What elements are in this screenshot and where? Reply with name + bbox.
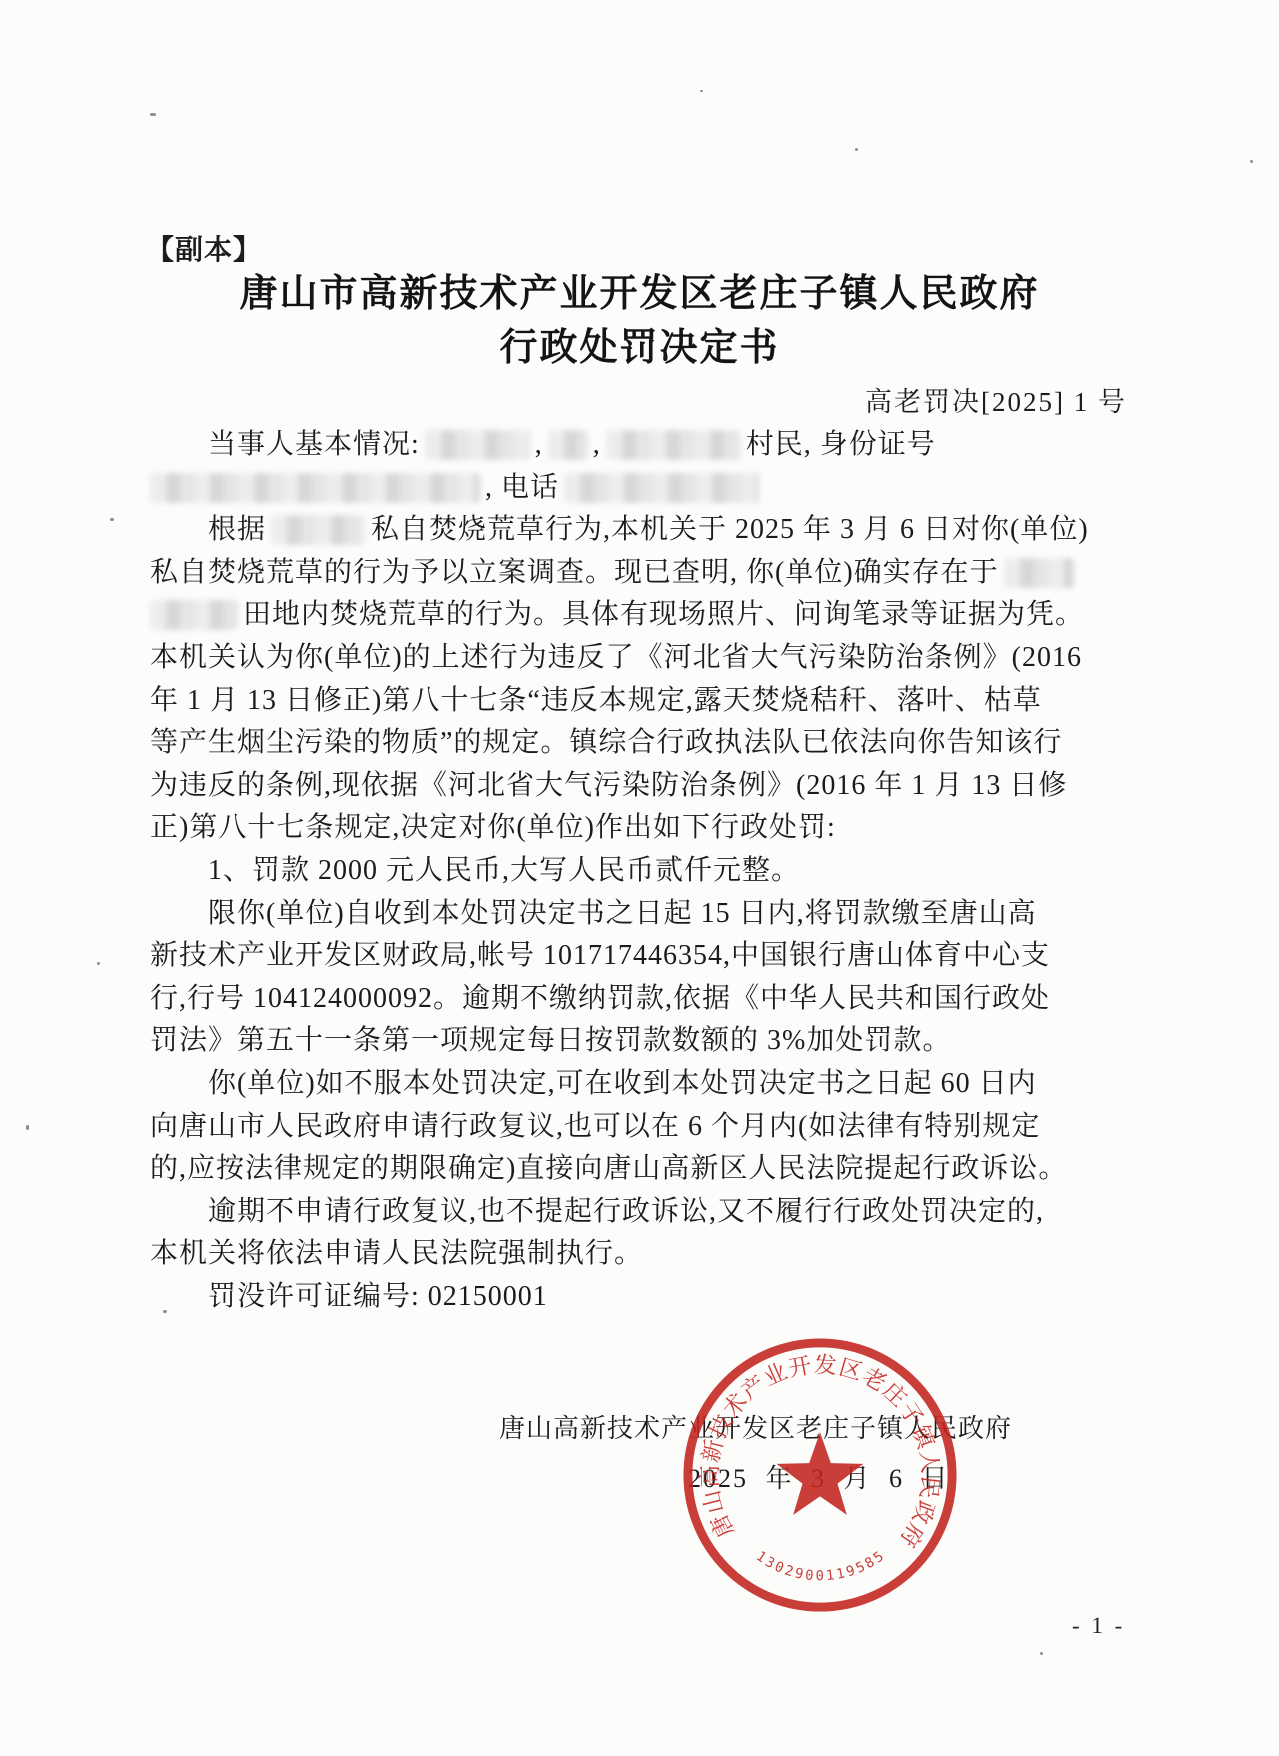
scan-speck	[700, 90, 703, 92]
seal-star-icon	[777, 1432, 864, 1515]
body-line: 私自焚烧荒草的行为予以立案调查。现已查明, 你(单位)确实存在于	[150, 552, 1132, 595]
body-line: 你(单位)如不服本处罚决定,可在收到本处罚决定书之日起 60 日内	[150, 1063, 1132, 1106]
redacted-name	[425, 430, 530, 460]
body-line: 新技术产业开发区财政局,帐号 101717446354,中国银行唐山体育中心支	[150, 935, 1132, 978]
body-line: 行,行号 104124000092。逾期不缴纳罚款,依据《中华人民共和国行政处	[150, 978, 1132, 1021]
scan-speck	[163, 1310, 167, 1313]
redacted-village	[606, 430, 741, 460]
scan-speck	[26, 1125, 29, 1130]
body-line: 正)第八十七条规定,决定对你(单位)作出如下行政处罚:	[150, 807, 1132, 850]
redacted-phone	[564, 473, 759, 503]
body-line: 的,应按法律规定的期限确定)直接向唐山高新区人民法院提起行政诉讼。	[150, 1148, 1132, 1191]
body-line: 为违反的条例,现依据《河北省大气污染防治条例》(2016 年 1 月 13 日修	[150, 765, 1132, 808]
scan-speck	[97, 962, 100, 965]
scan-speck	[1250, 160, 1253, 163]
scan-speck	[1040, 1652, 1043, 1655]
body-line-permit-number: 罚没许可证编号: 02150001	[150, 1276, 1132, 1319]
redacted-id-number	[150, 473, 480, 503]
redacted-location	[150, 600, 238, 630]
body-line: 逾期不申请行政复议,也不提起行政诉讼,又不履行行政处罚决定的,	[150, 1191, 1132, 1234]
body-line-penalty: 1、罚款 2000 元人民币,大写人民币贰仟元整。	[150, 850, 1132, 893]
document-title-authority: 唐山市高新技术产业开发区老庄子镇人民政府	[0, 262, 1279, 317]
body-line: 本机关将依法申请人民法院强制执行。	[150, 1233, 1132, 1276]
body-line: 当事人基本情况:,,村民, 身份证号	[150, 424, 1132, 467]
body-line: 田地内焚烧荒草的行为。具体有现场照片、问询笔录等证据为凭。	[150, 594, 1132, 637]
body-line: 等产生烟尘污染的物质”的规定。镇综合行政执法队已依法向你告知该行	[150, 722, 1132, 765]
scan-speck	[150, 113, 156, 116]
scan-speck	[855, 148, 858, 151]
document-number: 高老罚决[2025] 1 号	[865, 380, 1127, 419]
body-line: 限你(单位)自收到本处罚决定书之日起 15 日内,将罚款缴至唐山高	[150, 893, 1132, 936]
body-line: , 电话	[150, 467, 1132, 510]
seal-code: 1302900119585	[753, 1547, 889, 1584]
body-line: 年 1 月 13 日修正)第八十七条“违反本规定,露天焚烧秸秆、落叶、枯草	[150, 680, 1132, 723]
body-line: 罚法》第五十一条第一项规定每日按罚款数额的 3%加处罚款。	[150, 1020, 1132, 1063]
document-title-type: 行政处罚决定书	[0, 316, 1279, 371]
body-line: 向唐山市人民政府申请行政复议,也可以在 6 个月内(如法律有特别规定	[150, 1106, 1132, 1149]
redacted-location	[1004, 558, 1074, 588]
body-line: 本机关认为你(单位)的上述行为违反了《河北省大气污染防治条例》(2016	[150, 637, 1132, 680]
scan-speck	[110, 518, 114, 521]
body-text: 当事人基本情况:,,村民, 身份证号 , 电话 根据私自焚烧荒草行为,本机关于 …	[150, 424, 1132, 1318]
redacted-name	[271, 515, 366, 545]
redacted-gender	[548, 430, 588, 460]
page-number: - 1 -	[1072, 1613, 1125, 1639]
scanned-document-page: 【副本】 唐山市高新技术产业开发区老庄子镇人民政府 行政处罚决定书 高老罚决[2…	[0, 0, 1279, 1756]
svg-text:1302900119585: 1302900119585	[753, 1547, 889, 1584]
official-seal: 唐山高新技术产业开发区老庄子镇人民政府 1302900119585	[676, 1331, 964, 1619]
body-line: 根据私自焚烧荒草行为,本机关于 2025 年 3 月 6 日对你(单位)	[150, 509, 1132, 552]
